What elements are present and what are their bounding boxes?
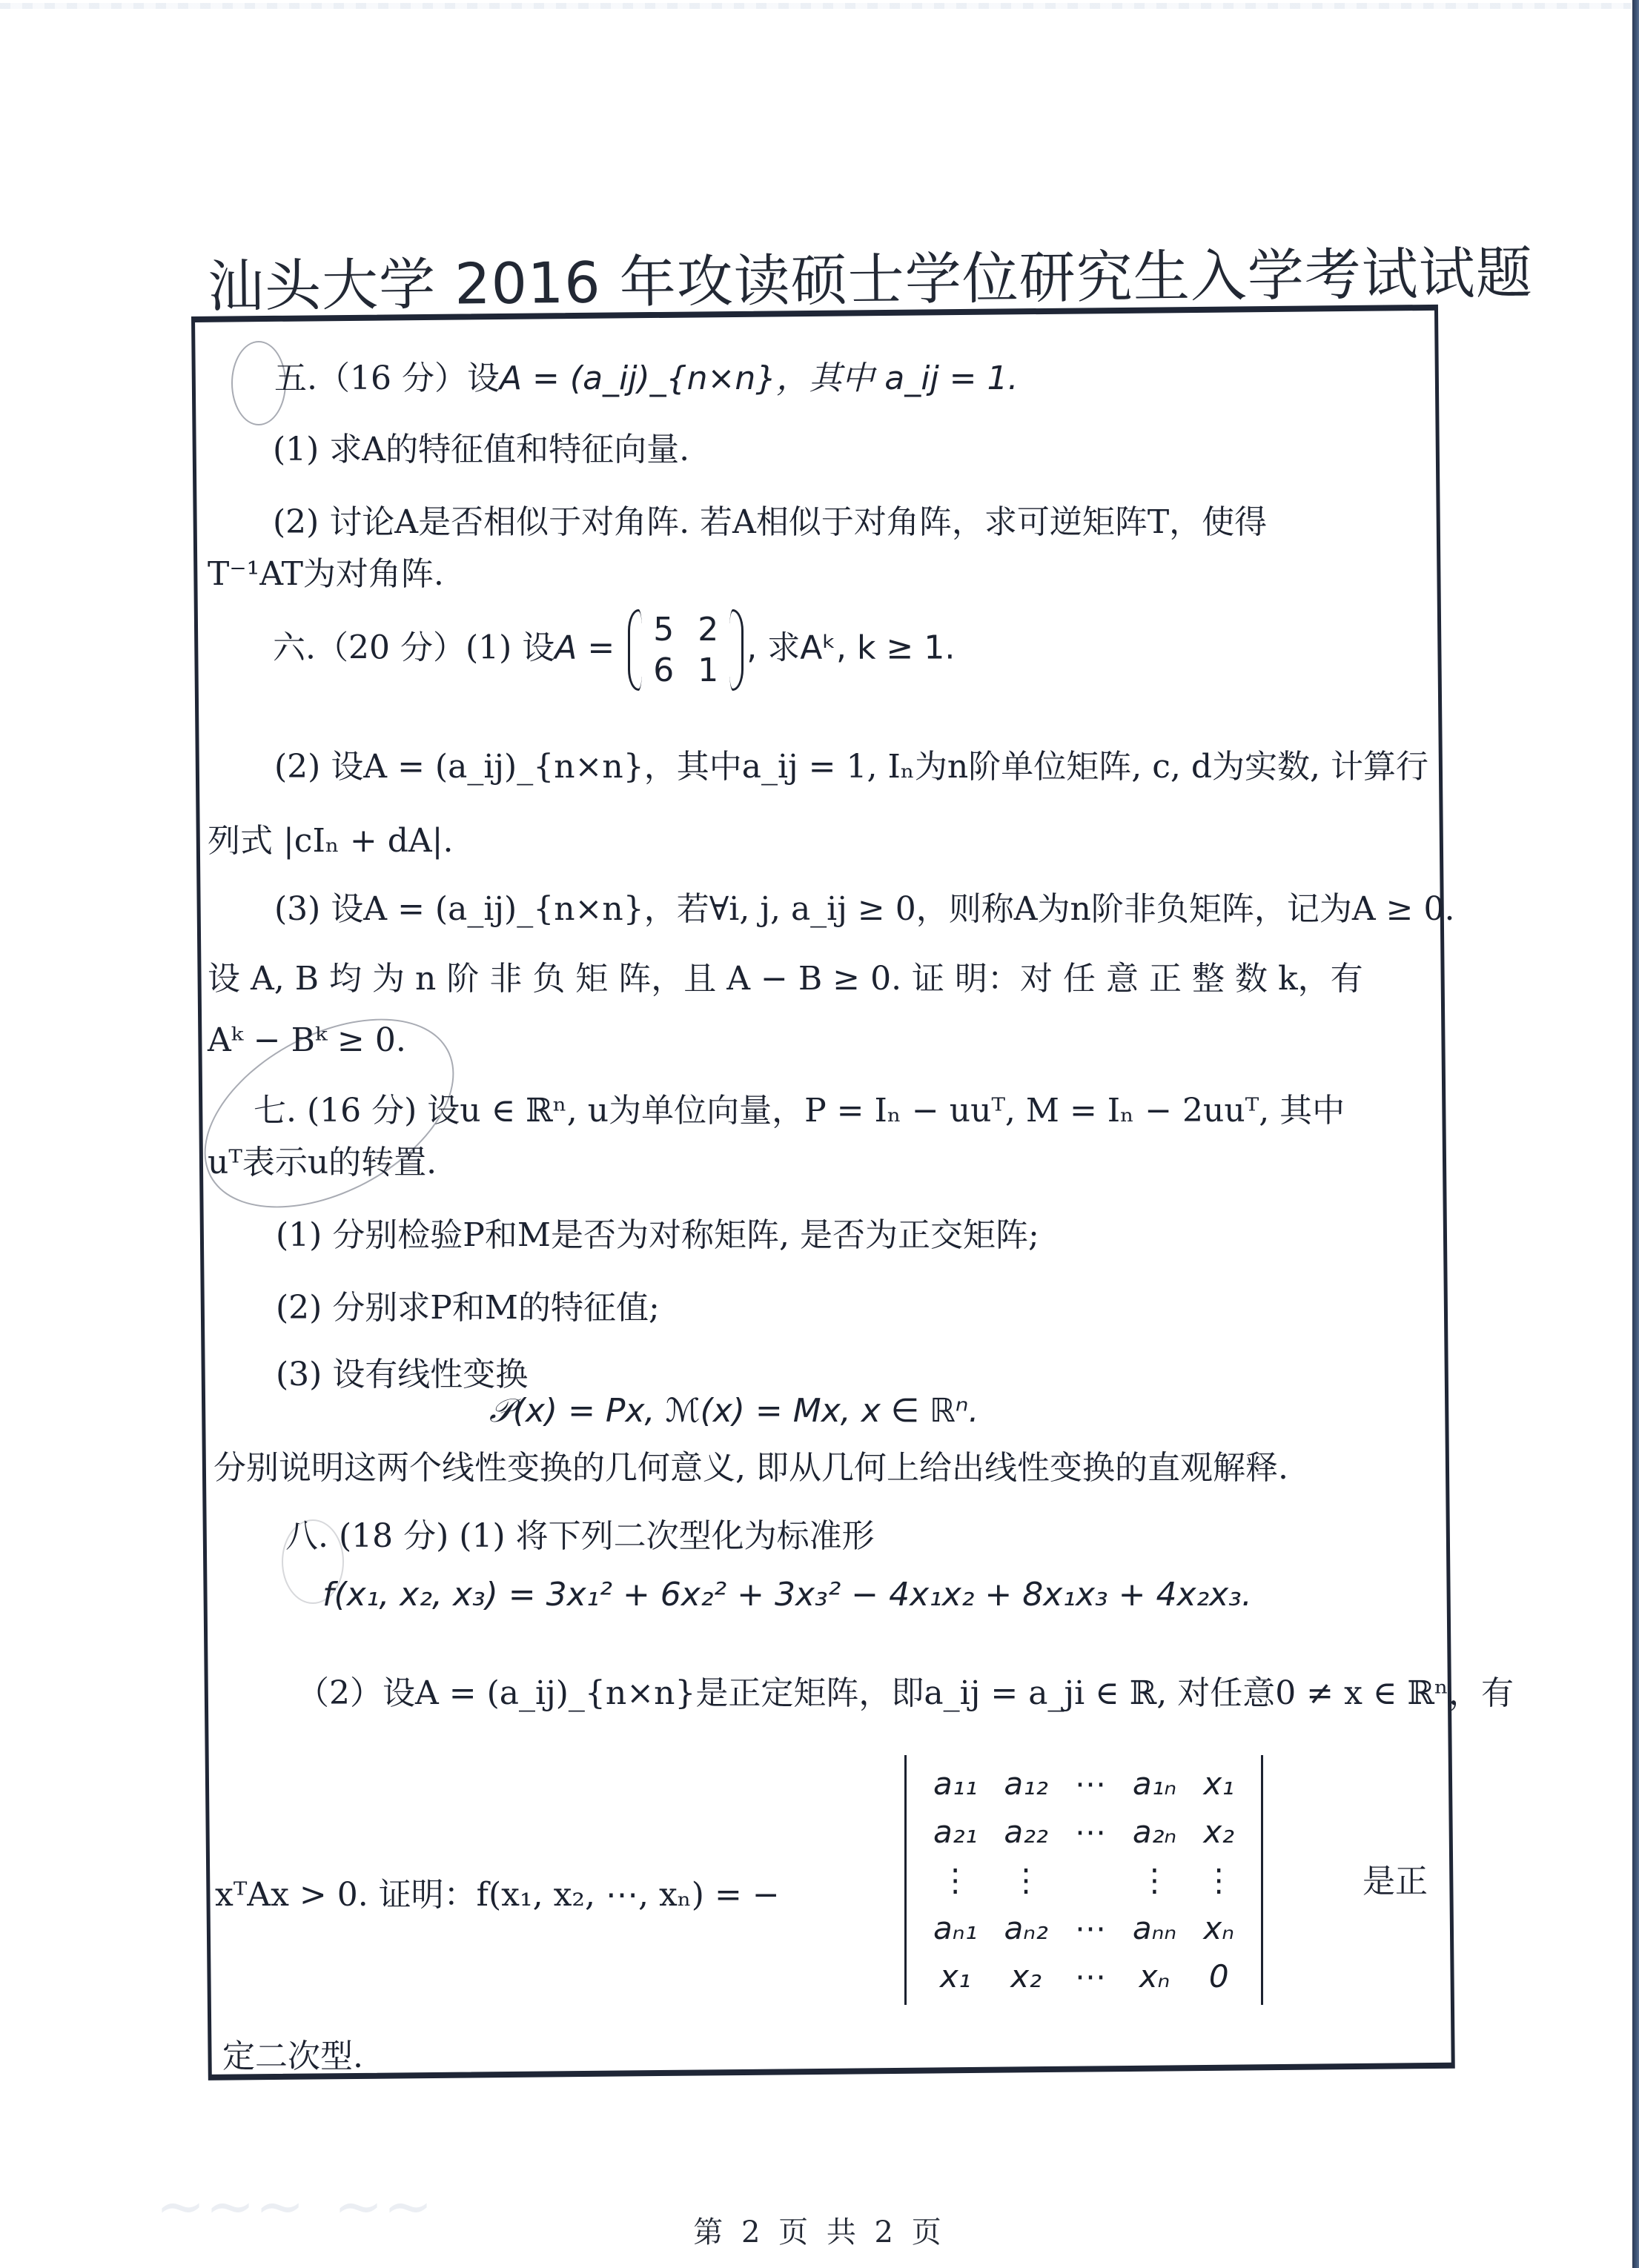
- q8-part1-label: (1) 将下列二次型化为标准形: [459, 1517, 874, 1555]
- q6-matrix-label: A =: [554, 629, 615, 667]
- matrix-cell: 1: [686, 650, 730, 691]
- q8-determinant: a₁₁ a₁₂ ⋯ a₁ₙ x₁ a₂₁ a₂₂ ⋯ a₂ₙ x₂ ⋮ ⋮ ⋮ …: [904, 1755, 1263, 2005]
- q5-header: 五.（16 分）设: [274, 359, 500, 397]
- q6-part3-line1: (3) 设A = (a_ij)_{n×n}，若∀i, j, a_ij ≥ 0，则…: [274, 882, 1454, 929]
- q5-part2-line2: T⁻¹AT为对角阵.: [208, 547, 444, 594]
- matrix-cell: 2: [686, 609, 730, 650]
- scan-artifact-top: [0, 3, 1631, 9]
- q5-part2-line1: (2) 讨论A是否相似于对角阵. 若A相似于对角阵，求可逆矩阵T，使得: [273, 495, 1267, 543]
- q7-part2: (2) 分别求P和M的特征值;: [276, 1281, 660, 1328]
- q6-part1-tail: , 求Aᵏ, k ≥ 1.: [746, 629, 955, 667]
- q7-part3-line3: 分别说明这两个线性变换的几何意义, 即从几何上给出线性变换的直观解释.: [213, 1441, 1288, 1488]
- q6-part3-line3: Aᵏ − Bᵏ ≥ 0.: [208, 1021, 406, 1059]
- q8-part2-line2-right: 是正: [1362, 1854, 1428, 1902]
- determinant-row: ⋮ ⋮ ⋮ ⋮: [920, 1856, 1248, 1904]
- q6-matrix: 5 2 6 1: [628, 609, 744, 691]
- determinant-row: aₙ₁ aₙ₂ ⋯ aₙₙ xₙ: [920, 1904, 1248, 1952]
- q5-part1: (1) 求A的特征值和特征向量.: [273, 422, 689, 470]
- q8-part2-line2-left: xᵀAx > 0. 证明：f(x₁, x₂, ⋯, xₙ) = −: [215, 1868, 780, 1915]
- determinant-row: a₁₁ a₁₂ ⋯ a₁ₙ x₁: [920, 1760, 1248, 1808]
- q8-part1-line: 八. (18 分) (1) 将下列二次型化为标准形: [285, 1509, 875, 1556]
- q7-stem-line2: uᵀ表示u的转置.: [208, 1135, 437, 1183]
- q6-part2-line2: 列式 |cIₙ + dA|.: [208, 814, 453, 861]
- page-footer: 第 2 页 共 2 页: [0, 2209, 1639, 2251]
- q7-part3-line1: (3) 设有线性变换: [276, 1347, 528, 1395]
- q7-part3-formula: 𝒫(x) = Px, ℳ(x) = Mx, x ∈ ℝⁿ.: [489, 1392, 979, 1430]
- q7-stem-line1: 七. (16 分) 设u ∈ ℝⁿ, u为单位向量，P = Iₙ − uuᵀ, …: [254, 1084, 1345, 1131]
- q8-part2-line3: 定二次型.: [222, 2029, 363, 2077]
- q6-header: 六.（20 分）(1) 设: [273, 629, 554, 667]
- q6-part2-line1: (2) 设A = (a_ij)_{n×n}，其中a_ij = 1, Iₙ为n阶单…: [274, 740, 1428, 787]
- q5-stem: A = (a_ij)_{n×n}，其中 a_ij = 1.: [500, 359, 1019, 397]
- matrix-cell: 6: [641, 650, 686, 691]
- matrix-cell: 5: [641, 609, 686, 650]
- q7-header: 七. (16 分): [254, 1092, 417, 1130]
- determinant-row: a₂₁ a₂₂ ⋯ a₂ₙ x₂: [920, 1808, 1248, 1856]
- q8-part2-line1: （2）设A = (a_ij)_{n×n}是正定矩阵，即a_ij = a_ji ∈…: [297, 1666, 1514, 1714]
- q6-part3-line2: 设 A, B 均 为 n 阶 非 负 矩 阵，且 A − B ≥ 0. 证 明：…: [208, 952, 1363, 999]
- q8-part1-formula: f(x₁, x₂, x₃) = 3x₁² + 6x₂² + 3x₃² − 4x₁…: [322, 1576, 1252, 1614]
- q7-stem: 设u ∈ ℝⁿ, u为单位向量，P = Iₙ − uuᵀ, M = Iₙ − 2…: [427, 1092, 1345, 1130]
- q7-part1: (1) 分别检验P和M是否为对称矩阵, 是否为正交矩阵;: [276, 1208, 1039, 1256]
- scan-edge-right: [1632, 0, 1639, 2268]
- q8-header: 八. (18 分): [285, 1517, 448, 1555]
- q5-header-line: 五.（16 分）设A = (a_ij)_{n×n}，其中 a_ij = 1.: [274, 351, 1019, 399]
- determinant-row: x₁ x₂ ⋯ xₙ 0: [920, 1952, 1248, 2000]
- q6-part1-line: 六.（20 分）(1) 设A = 5 2 6 1 , 求Aᵏ, k ≥ 1.: [273, 609, 955, 691]
